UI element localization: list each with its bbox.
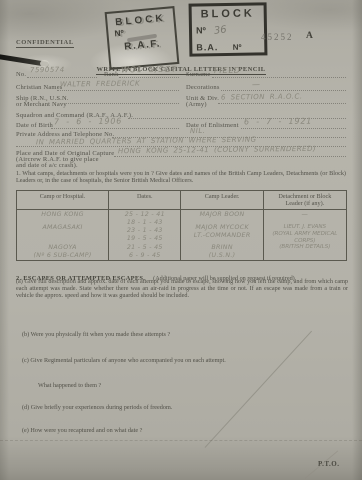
field-value-capture: HONG KONG 25-12-41 (COLONY SURRENDERED): [118, 145, 316, 155]
question-2c-text: (c) Give Regimental particulars of anyon…: [22, 357, 342, 364]
field-label-ship-2: or Merchant Navy: [16, 101, 67, 108]
field-label-surname: Surname: [186, 71, 211, 78]
question-2e-text: (e) How were you recaptured and on what …: [22, 427, 342, 434]
table-cell-camp-3: NAGOYA (Nº 6 SUB-CAMP): [17, 243, 108, 261]
table-cell-camp-1: HONG KONG: [17, 210, 108, 223]
question-2a-text: (a) Give full description and approx. da…: [16, 278, 348, 299]
table-cell-detachment-2: LIEUT. J. EVANS (ROYAL ARMY MEDICAL CORP…: [264, 223, 346, 243]
field-line: [128, 118, 346, 119]
serial-number: 45252: [261, 32, 294, 42]
field-line: [212, 77, 346, 78]
ba-stamp-line3: B.A.: [196, 42, 218, 52]
table-cell-camp-2: AMAGASAKI: [17, 223, 108, 243]
table-header-dates: Dates.: [109, 191, 181, 209]
table-header-detachment: Detachment or Block Leader (if any).: [264, 191, 346, 209]
field-line: [62, 103, 179, 104]
field-line: [114, 156, 346, 157]
table-cell-detachment-3: (BRITISH DETAILS): [264, 243, 346, 261]
fold-crease: [0, 440, 362, 441]
question-2b-text: (b) Were you physically fit when you mad…: [22, 331, 342, 338]
field-value-decorations: —: [252, 80, 261, 89]
field-label-rank: Rank: [104, 71, 119, 78]
field-label-unit-2: (Army): [186, 101, 207, 108]
field-value-surname: FIELD: [214, 66, 241, 75]
field-value-address: NIL.: [190, 127, 206, 135]
field-line: [27, 77, 97, 78]
ba-stamp-line1: BLOCK: [192, 7, 264, 20]
question-2d-text: (d) Give briefly your experiences during…: [22, 404, 342, 411]
field-value-date-of-birth: 7 - 6 - 1906: [54, 117, 122, 127]
field-label-decorations: Decorations: [186, 84, 220, 91]
confidential-label: CONFIDENTIAL: [16, 39, 74, 48]
field-line: [57, 90, 179, 91]
scanned-form-page: CONFIDENTIAL BLOCK Nº R.A.F. BLOCK Nº 36…: [0, 0, 362, 480]
field-line: [51, 128, 179, 129]
field-value-unit: 6 SECTION R.A.O.C.: [221, 93, 303, 102]
camps-table-body: HONG KONG AMAGASAKI NAGOYA (Nº 6 SUB-CAM…: [17, 210, 346, 260]
camps-table-header-row: Camp or Hospital. Dates. Camp Leader. De…: [17, 191, 346, 210]
table-cell-detachment-1: —: [264, 210, 346, 223]
table-header-leader: Camp Leader.: [181, 191, 263, 209]
field-line: [241, 128, 346, 129]
ba-block-stamp: BLOCK Nº 36 B.A. Nº: [189, 2, 268, 56]
field-label-no: No.: [16, 71, 26, 78]
ba-stamp-no-label: Nº: [196, 25, 206, 35]
field-value-christian-names: WALTER FREDERICK: [60, 80, 140, 89]
ba-stamp-block-number: 36: [214, 24, 228, 36]
field-line: [221, 90, 346, 91]
field-value-rank: WO1 S/SGT: [121, 65, 177, 75]
ba-stamp-line3-no: Nº: [233, 43, 242, 52]
table-cell-dates-1: 25 - 12 - 41 18 - 1 - 43: [109, 210, 180, 226]
table-cell-dates-2: 23 - 1 - 43 19 - 5 - 45: [109, 226, 180, 243]
field-line: [119, 77, 179, 78]
table-cell-dates-3: 21 - 5 - 45 6 - 9 - 45: [109, 243, 180, 260]
serial-grade: A: [306, 31, 313, 41]
table-cell-leader-1: MAJOR BOON: [181, 210, 262, 223]
camps-table: Camp or Hospital. Dates. Camp Leader. De…: [16, 190, 347, 261]
table-cell-leader-2: MAJOR MYCOCK LT.-COMMANDER: [181, 223, 262, 243]
field-label-date-of-birth: Date of Birth: [16, 122, 53, 129]
question-1-text: 1. What camps, detachments or hospitals …: [16, 170, 346, 184]
field-label-capture-3: and date of a/c crash).: [16, 162, 78, 169]
table-header-camp: Camp or Hospital.: [17, 191, 109, 209]
field-line: [218, 103, 346, 104]
field-value-no: 7590574: [30, 66, 65, 74]
field-label-christian-names: Christian Names: [16, 84, 63, 91]
question-2c-followup-text: What happened to them ?: [38, 382, 338, 389]
field-value-address-2: IN MARRIED QUARTERS AT STATION WHERE SER…: [36, 136, 257, 147]
table-cell-leader-3: BRINN (U.S.N.): [181, 243, 262, 261]
field-value-date-of-enlistment: 6 - 7 - 1921: [244, 117, 312, 127]
